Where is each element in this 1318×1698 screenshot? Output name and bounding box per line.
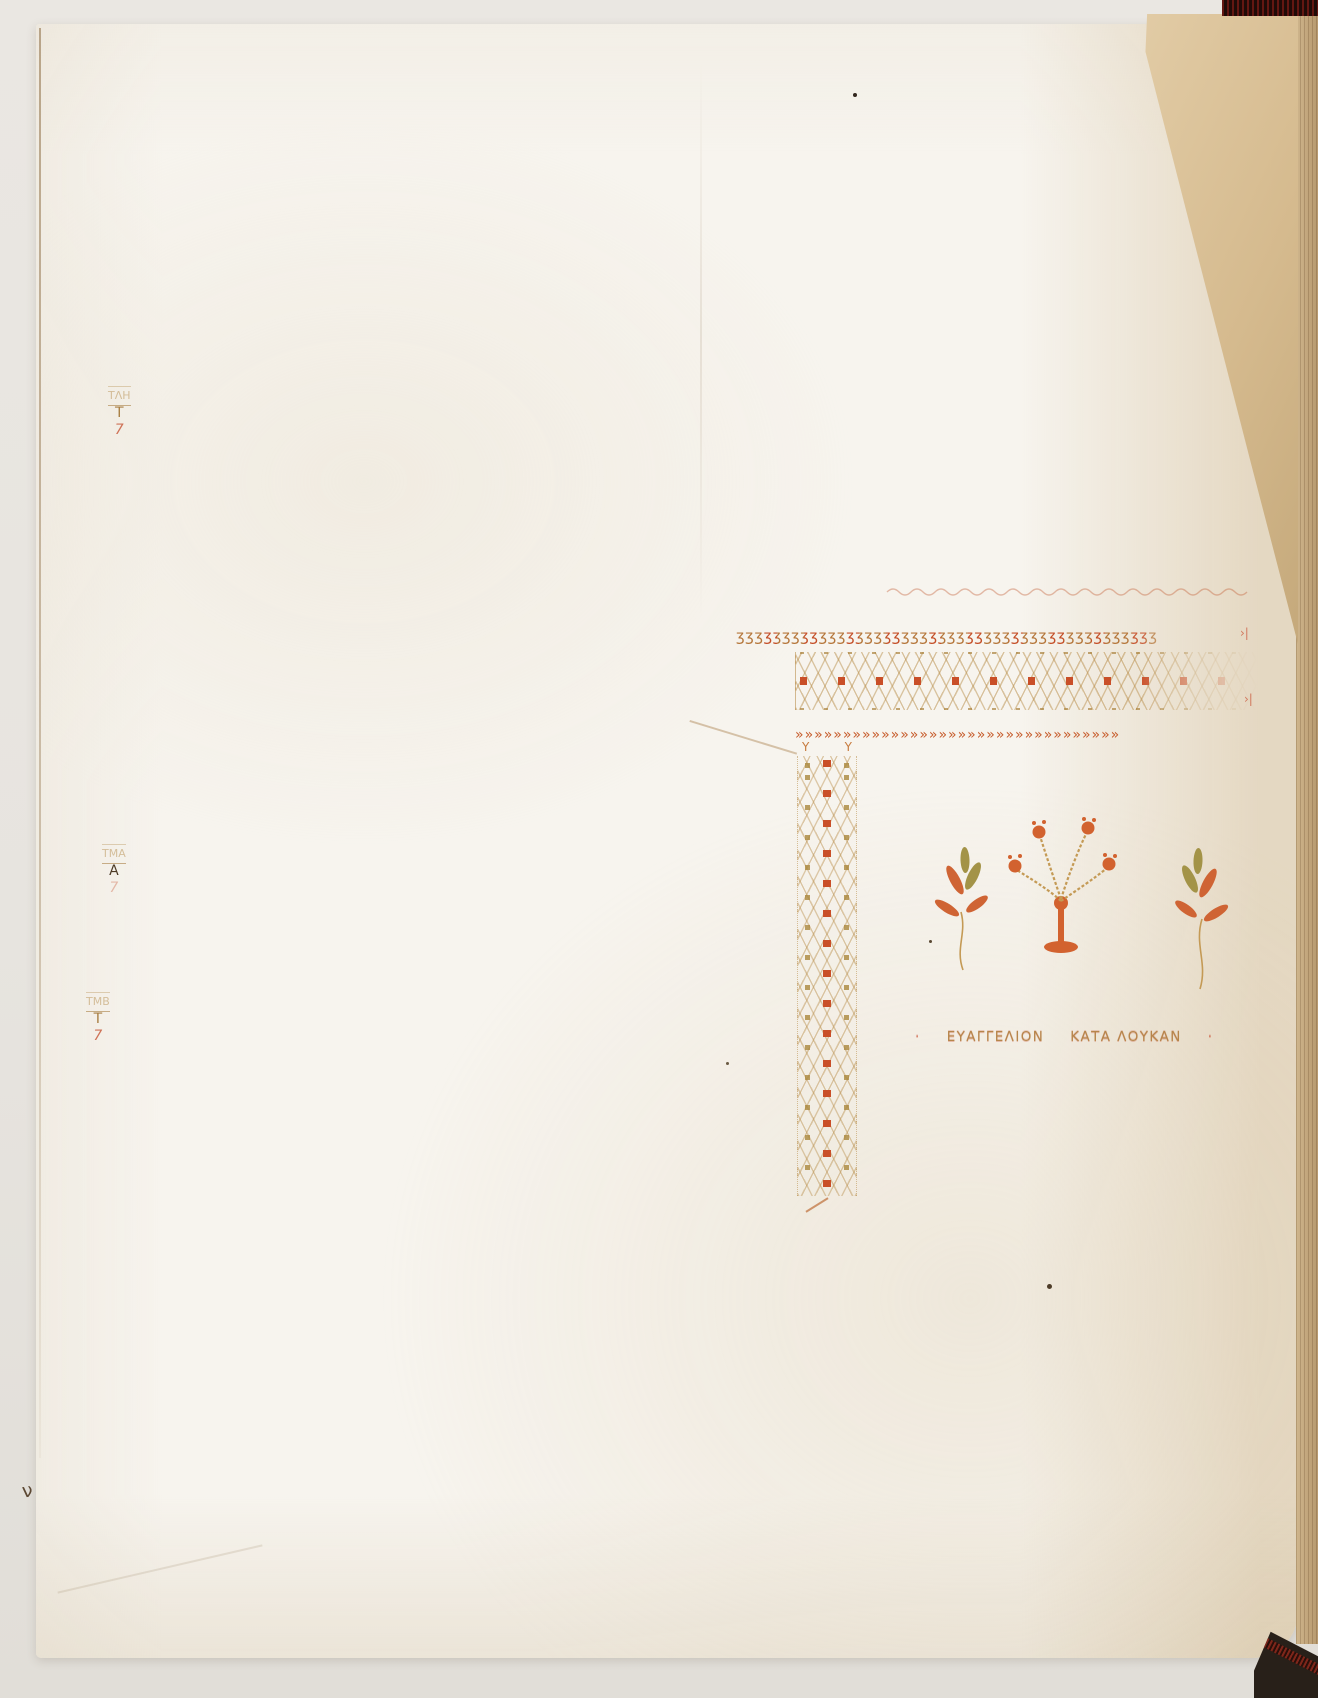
squiggle-ornament-band: ʒʒʒʒʒʒʒʒʒʒʒʒʒʒʒʒʒʒʒʒʒʒʒʒʒʒʒʒʒʒʒʒʒʒʒʒʒʒʒʒ… [736,627,1262,645]
quire-corner-mark: ν [21,1479,35,1502]
folio-edges-strip [1296,12,1318,1644]
section-number: ΤΛΗ [108,386,131,403]
margin-note-1: ΤΛΗ Τ 7 [108,386,131,438]
canon-number: 7 [108,423,131,438]
section-letter: Α [102,863,126,879]
section-letter: Τ [86,1011,110,1027]
parchment-crease [700,60,702,620]
plant-ornament-right [1163,833,1238,993]
subscription-word-1: ΕΥΑΓΓΕΛΙΟΝ [947,1029,1045,1045]
vertical-lattice-bar: Y Y [797,756,857,1196]
subscription-title: · ΕΥΑΓΓΕΛΙΟΝ ΚΑΤΑ ΛΟΥΚΑΝ · [915,1029,1214,1045]
band-end-mark: ›| [1244,692,1253,706]
chevron-ornament-band: »»»»»»»»»»»»»»»»»»»»»»»»»»»»»»»»»» [795,727,1265,745]
section-number: ΤΜΑ [102,844,126,861]
subscription-word-2: ΚΑΤΑ ΛΟΥΚΑΝ [1070,1029,1182,1045]
plant-ornament-center [995,806,1130,956]
lattice-ornament-band [795,652,1258,710]
bar-cap-icon: Y [802,740,809,754]
ink-speck [726,1062,729,1065]
plant-ornament-left [925,838,1000,973]
manuscript-photo: { "left_column": { "lines": [ "ΗΝΟΙΓΕΝΗΜ… [0,0,1318,1698]
rubric-dot: · [915,1029,921,1045]
ink-speck [1047,1284,1052,1289]
lattice-red-dots [800,677,1254,685]
band-end-mark: ›| [1240,626,1249,640]
ink-speck [929,940,932,943]
margin-note-2: ΤΜΑ Α 7 [102,844,126,896]
bar-gold-dots [844,760,849,1192]
ink-speck [853,93,857,97]
photo-stage: ΤΛΗ Τ 7 ΤΜΑ Α 7 ΤΜΒ Τ 7 ν ʒʒʒʒʒʒʒʒʒʒʒʒʒʒ… [0,0,1318,1698]
binding-edge-top-icon [1222,0,1318,16]
rubric-dot: · [1208,1029,1214,1045]
page-left-edge-line [39,28,41,1458]
bar-cap-icon: Y [845,740,852,754]
rubric-wavy-flourish [885,584,1257,600]
canon-number: 7 [86,1029,110,1044]
canon-number: 7 [102,881,126,896]
bar-gold-dots [805,760,810,1192]
section-number: ΤΜΒ [86,992,110,1009]
margin-note-3: ΤΜΒ Τ 7 [86,992,110,1044]
section-letter: Τ [108,405,131,421]
bar-red-dots [823,760,831,1192]
